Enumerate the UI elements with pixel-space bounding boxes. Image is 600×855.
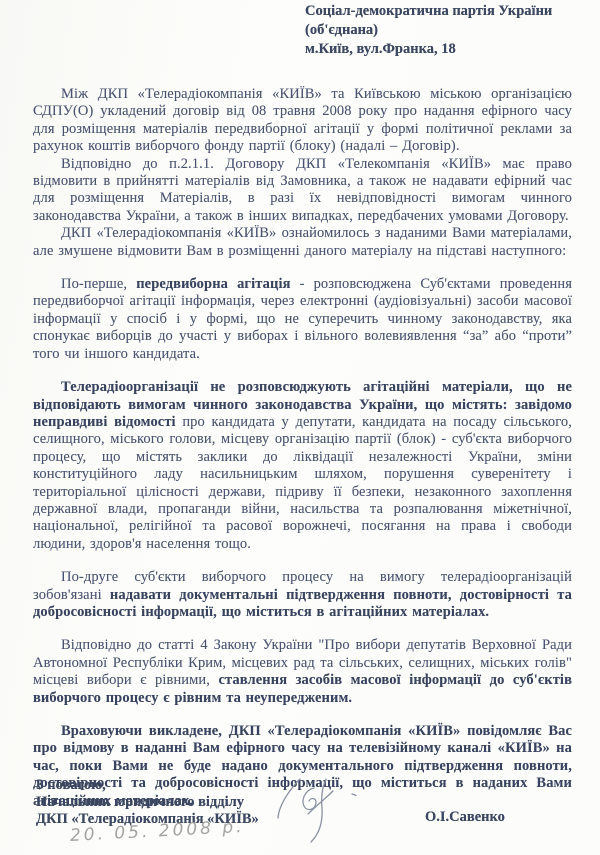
recipient-address-block: Соціал-демократична партія України (об'є… (305, 2, 585, 59)
signoff-closing: З повагою, (36, 777, 259, 794)
paragraph-broadcaster-rules: Телерадіоорганізації не розповсюджують а… (33, 379, 572, 553)
paragraph-text: Між ДКП «Телерадіокомпанія «КИЇВ» та Киї… (33, 86, 572, 154)
paragraph-first-reason: По-перше, передвиборна агітація - розпов… (33, 276, 572, 363)
paragraph-law-article: Відповідно до статті 4 Закону України "П… (33, 637, 572, 707)
scanned-letter-page: Соціал-демократична партія України (об'є… (0, 0, 600, 855)
paragraph-clause: Відповідно до п.2.1.1. Договору ДКП «Тел… (33, 156, 572, 226)
paragraph-contract: Між ДКП «Телерадіокомпанія «КИЇВ» та Киї… (33, 86, 572, 156)
paragraph-text: По-перше, (61, 276, 136, 292)
recipient-line-3: м.Київ, вул.Франка, 18 (305, 40, 585, 59)
paragraph-text-bold: надавати документальні підтвердження пов… (33, 587, 572, 620)
paragraph-text: про кандидата у депутати, кандидата на п… (33, 414, 572, 552)
recipient-line-2: (об'єднана) (305, 21, 585, 40)
paragraph-second-reason: По-друге суб'єкти виборчого процесу на в… (33, 569, 572, 621)
handwritten-signature-icon (268, 776, 403, 855)
signer-name: О.І.Савенко (425, 809, 505, 826)
paragraph-text-bold: передвиборна агітація (136, 276, 290, 292)
paragraph-refusal-intro: ДКП «Телерадіокомпанія «КИЇВ» ознайомило… (33, 225, 572, 260)
letter-body: Між ДКП «Телерадіокомпанія «КИЇВ» та Киї… (33, 86, 572, 810)
recipient-line-1: Соціал-демократична партія України (305, 2, 585, 21)
paragraph-text: ДКП «Телерадіокомпанія «КИЇВ» ознайомило… (33, 225, 572, 258)
paragraph-text: Відповідно до п.2.1.1. Договору ДКП «Тел… (33, 156, 572, 224)
signoff-title-line-1: Начальник юридичного відділу (36, 794, 259, 811)
